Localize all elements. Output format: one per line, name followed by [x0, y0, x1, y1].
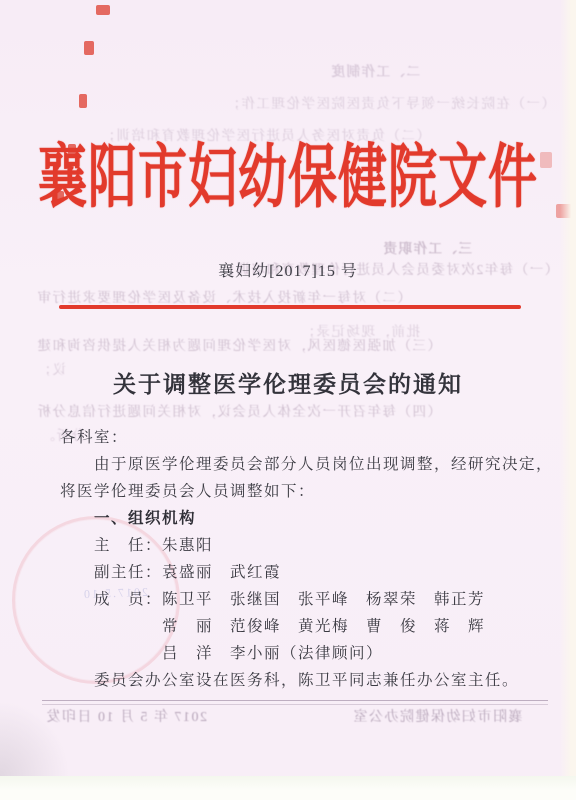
letterhead-rule [59, 305, 521, 309]
salutation: 各科室： [60, 424, 542, 451]
closing-line: 委员会办公室设在医务科，陈卫平同志兼任办公室主任。 [60, 667, 542, 694]
red-scan-mark [79, 94, 87, 108]
bleedthrough-line: （一）在院长统一领导下负责医院医学伦理工作； [225, 92, 555, 112]
bleedthrough-line: （二）对每一年新投入技术、设备及医学伦理要求进行审 [36, 286, 411, 306]
role-row-members-2: 常 丽 范俊峰 黄光梅 曹 俊 蒋 辉 [60, 613, 542, 640]
role-names: 陈卫平 张继国 张平峰 杨翠荣 韩正芳 [162, 591, 485, 608]
notice-title: 关于调整医学伦理委员会的通知 [0, 366, 576, 399]
section-heading: 一、组织机构 [60, 505, 542, 532]
red-scan-mark [96, 5, 110, 15]
role-row-director: 主 任：朱惠阳 [60, 532, 542, 559]
paragraph-1: 由于原医学伦理委员会部分人员岗位出现调整，经研究决定， [60, 451, 542, 478]
bleedthrough-line: 二、工作制度 [330, 60, 420, 80]
role-row-deputy: 副主任：袁盛丽 武红霞 [60, 559, 542, 586]
document-number: 襄妇幼[2017]15 号 [0, 258, 576, 281]
scan-edge-right [560, 0, 576, 776]
red-scan-mark [84, 41, 94, 55]
paragraph-2: 将医学伦理委员会人员调整如下： [60, 478, 542, 505]
bleedthrough-line: 三、工作职责 [382, 237, 472, 257]
role-label: 成 员： [94, 586, 162, 613]
role-names: 常 丽 范俊峰 黄光梅 曹 俊 蒋 辉 [162, 618, 485, 635]
role-names: 朱惠阳 [162, 537, 213, 554]
bleedthrough-footer-rule [42, 700, 548, 705]
role-names: 袁盛丽 武红霞 [162, 564, 281, 581]
scan-edge-bottom [0, 776, 576, 800]
bleedthrough-line: （三）加强医德医风，对医学伦理问题为相关人提供咨询和建 [36, 334, 441, 354]
scanned-document-page: 二、工作制度 （一）在院长统一领导下负责医院医学伦理工作； （二）负责对医务人员… [0, 0, 576, 776]
notice-body: 各科室： 由于原医学伦理委员会部分人员岗位出现调整，经研究决定， 将医学伦理委员… [60, 424, 542, 694]
role-label: 主 任： [94, 532, 162, 559]
role-row-members-1: 成 员：陈卫平 张继国 张平峰 杨翠荣 韩正芳 [60, 586, 542, 613]
role-row-members-3: 吕 洋 李小丽（法律顾问） [60, 640, 542, 667]
bleedthrough-line: （四）每年召开一次全体人员会议，对相关问题进行信息分析 [36, 400, 441, 420]
bleedthrough-footer-office: 襄阳市妇幼保健院办公室 [352, 706, 523, 726]
scan-corner-shadow [0, 700, 70, 776]
letterhead-title: 襄阳市妇幼保健院文件 [0, 118, 576, 237]
role-label: 副主任： [94, 559, 162, 586]
role-names: 吕 洋 李小丽（法律顾问） [162, 645, 383, 662]
